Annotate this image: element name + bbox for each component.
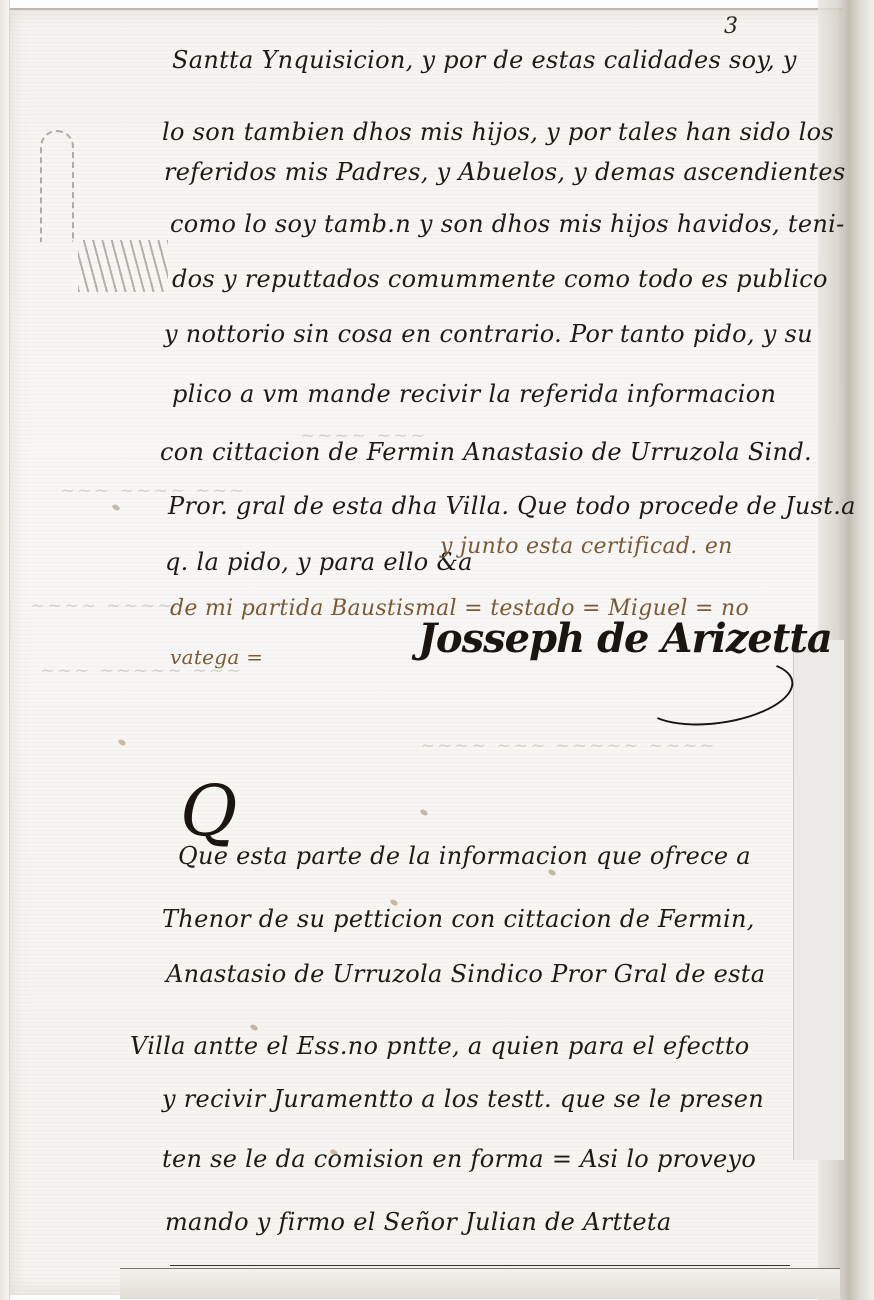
manuscript-line: Pror. gral de esta dha Villa. Que todo p…	[168, 492, 856, 520]
manuscript-line: Que esta parte de la informacion que ofr…	[178, 842, 751, 870]
manuscript-line: con cittacion de Fermin Anastasio de Urr…	[160, 438, 812, 466]
scanned-page: ~~~ ~~~~ ~~~ ~~~~ ~~~~ ~~~ ~~~~~ ~~~ ~~~…	[0, 0, 874, 1300]
bleed-through-text: ~~~~ ~~~~	[30, 595, 174, 616]
signature: Josseph de Arizetta	[418, 615, 832, 662]
manuscript-line: q. la pido, y para ello &a	[165, 548, 473, 576]
decorated-initial: Q	[180, 770, 237, 852]
manuscript-line: Anastasio de Urruzola Sindico Pror Gral …	[166, 960, 765, 988]
binding-edge	[0, 0, 10, 1300]
margin-doodle	[40, 130, 74, 242]
bleed-through-text: ~~~~ ~~~ ~~~~~ ~~~~	[420, 735, 716, 756]
manuscript-line: Thenor de su petticion con cittacion de …	[162, 905, 755, 933]
manuscript-line: Villa antte el Ess.no pntte, a quien par…	[130, 1032, 750, 1060]
manuscript-line: plico a vm mande recivir la referida inf…	[172, 380, 776, 408]
annotation-line: y junto esta certificad. en	[440, 534, 733, 559]
manuscript-line: referidos mis Padres, y Abuelos, y demas…	[164, 158, 846, 186]
manuscript-line: Santta Ynquisicion, y por de estas calid…	[172, 46, 797, 74]
margin-hatching	[78, 240, 168, 292]
manuscript-line: dos y reputtados comummente como todo es…	[172, 265, 828, 293]
manuscript-line: y nottorio sin cosa en contrario. Por ta…	[164, 320, 813, 348]
manuscript-line: lo son tambien dhos mis hijos, y por tal…	[162, 118, 834, 146]
folio-number: 3	[724, 14, 738, 39]
manuscript-line: y recivir Juramentto a los testt. que se…	[162, 1085, 764, 1113]
closing-rule	[170, 1265, 790, 1266]
annotation-line: vatega =	[170, 645, 263, 669]
paper-patch	[793, 640, 844, 1160]
torn-bottom-edge	[120, 1268, 840, 1299]
manuscript-line: como lo soy tamb.n y son dhos mis hijos …	[170, 210, 845, 238]
manuscript-line: mando y firmo el Señor Julian de Artteta	[165, 1208, 671, 1236]
manuscript-line: ten se le da comision en forma = Asi lo …	[162, 1145, 756, 1173]
